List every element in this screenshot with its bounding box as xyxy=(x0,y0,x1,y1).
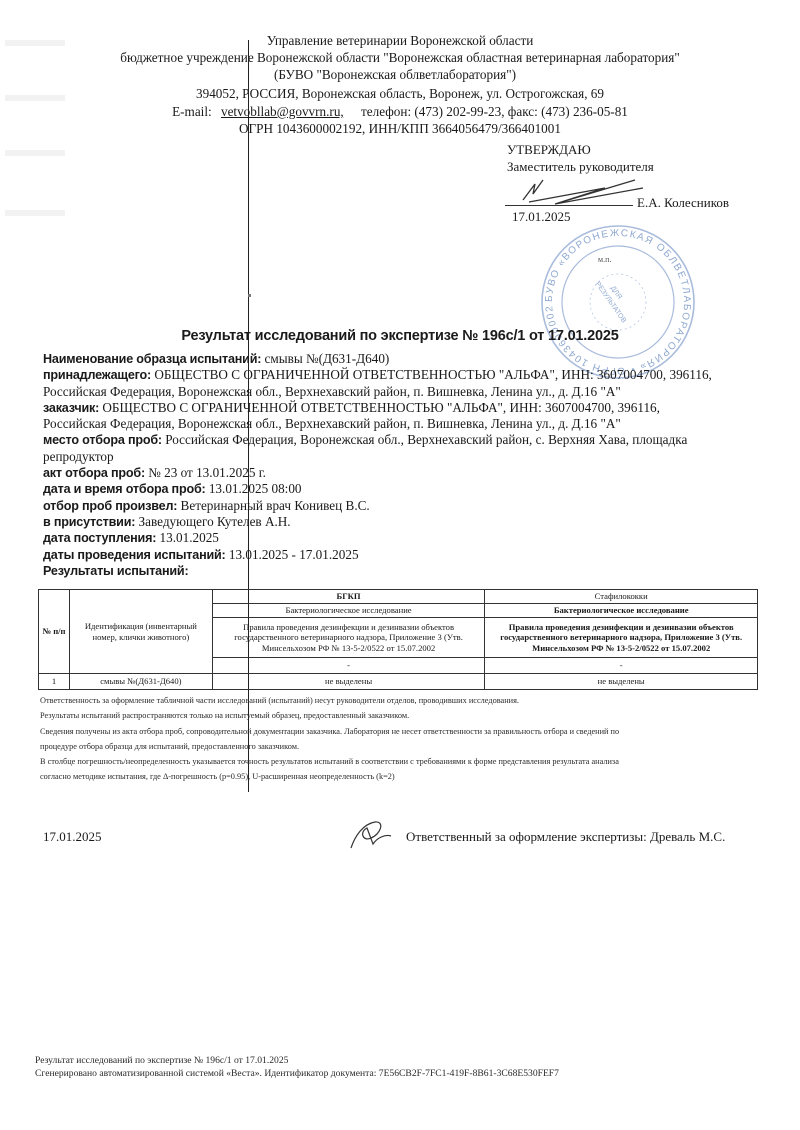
document-footer: Результат исследований по экспертизе № 1… xyxy=(35,1054,559,1080)
approval-position: Заместитель руководителя xyxy=(507,158,654,175)
field-customer-address: Российская Федерация, Воронежская обл., … xyxy=(43,416,773,432)
col-header-identification: Идентификация (инвентарный номер, клички… xyxy=(69,590,212,674)
responsible-signature-icon xyxy=(345,818,395,853)
results-heading: Результаты испытаний: xyxy=(43,563,773,579)
approver-name: Е.А. Колесников xyxy=(637,195,729,211)
normative-bgkp: Правила проведения дезинфекции и дезинва… xyxy=(212,618,485,658)
field-owner: принадлежащего: ОБЩЕСТВО С ОГРАНИЧЕННОЙ … xyxy=(43,367,773,383)
field-received-date: дата поступления: 13.01.2025 xyxy=(43,530,773,546)
method-staph: Бактериологическое исследование xyxy=(485,604,758,618)
note: В столбце погрешность/неопределенность у… xyxy=(40,754,765,769)
org-address: 394052, РОССИЯ, Воронежская область, Вор… xyxy=(0,86,800,103)
field-owner-address: Российская Федерация, Воронежская обл., … xyxy=(43,384,773,400)
results-table: № п/п Идентификация (инвентарный номер, … xyxy=(38,589,758,690)
group-header-staph: Стафилококки xyxy=(485,590,758,604)
note: Ответственность за оформление табличной … xyxy=(40,693,765,708)
unit-bgkp: - xyxy=(212,658,485,674)
note: Сведения получены из акта отбора проб, с… xyxy=(40,724,765,739)
email-label: E-mail: xyxy=(172,104,212,119)
org-name: бюджетное учреждение Воронежской области… xyxy=(0,50,800,67)
footer-date: 17.01.2025 xyxy=(43,829,102,845)
group-header-bgkp: БГКП xyxy=(212,590,485,604)
sample-details: Наименование образца испытаний: смывы №(… xyxy=(43,351,773,579)
field-test-dates: даты проведения испытаний: 13.01.2025 - … xyxy=(43,547,773,563)
scan-artifact xyxy=(5,150,65,156)
approval-block: УТВЕРЖДАЮ Заместитель руководителя xyxy=(507,141,654,175)
org-contacts: E-mail: vetvobllab@govvrn.ru, телефон: (… xyxy=(0,104,800,121)
row-result-staph: не выделены xyxy=(485,674,758,690)
field-sampling-place: место отбора проб: Российская Федерация,… xyxy=(43,432,773,448)
row-number: 1 xyxy=(39,674,70,690)
svg-text:м.п.: м.п. xyxy=(598,255,611,264)
org-parent: Управление ветеринарии Воронежской облас… xyxy=(0,33,800,50)
phones: телефон: (473) 202-99-23, факс: (473) 23… xyxy=(361,104,628,119)
note: Результаты испытаний распространяются то… xyxy=(40,708,765,723)
field-sampling-place-cont: репродуктор xyxy=(43,449,773,465)
note: согласно методике испытания, где Δ-погре… xyxy=(40,769,765,784)
note: процедуре отбора образца для испытаний, … xyxy=(40,739,765,754)
footer-doc-ref: Результат исследований по экспертизе № 1… xyxy=(35,1054,559,1067)
signature-line xyxy=(505,205,633,206)
scan-artifact xyxy=(5,210,65,216)
footer-doc-id: Сгенерировано автоматизированной системо… xyxy=(35,1067,559,1080)
field-sample-name: Наименование образца испытаний: смывы №(… xyxy=(43,351,773,367)
row-identification: смывы №(Д631-Д640) xyxy=(69,674,212,690)
notes: Ответственность за оформление табличной … xyxy=(40,693,765,785)
method-bgkp: Бактериологическое исследование xyxy=(212,604,485,618)
table-row: 1 смывы №(Д631-Д640) не выделены не выде… xyxy=(39,674,758,690)
responsible-person: Ответственный за оформление экспертизы: … xyxy=(406,829,725,845)
scan-dot xyxy=(248,294,251,297)
col-header-number: № п/п xyxy=(39,590,70,674)
field-sampling-act: акт отбора проб: № 23 от 13.01.2025 г. xyxy=(43,465,773,481)
field-sampling-datetime: дата и время отбора проб: 13.01.2025 08:… xyxy=(43,481,773,497)
row-result-bgkp: не выделены xyxy=(212,674,485,690)
org-short-name: (БУВО "Воронежская облветлаборатория") xyxy=(0,67,795,84)
normative-staph: Правила проведения дезинфекции и дезинва… xyxy=(485,618,758,658)
document-title: Результат исследований по экспертизе № 1… xyxy=(0,328,800,344)
email-link[interactable]: vetvobllab@govvrn.ru, xyxy=(221,104,344,119)
field-sampled-by: отбор проб произвел: Ветеринарный врач К… xyxy=(43,498,773,514)
field-customer: заказчик: ОБЩЕСТВО С ОГРАНИЧЕННОЙ ОТВЕТС… xyxy=(43,400,773,416)
field-in-presence: в присутствии: Заведующего Кутелев А.Н. xyxy=(43,514,773,530)
approval-title: УТВЕРЖДАЮ xyxy=(507,141,654,158)
unit-staph: - xyxy=(485,658,758,674)
org-registration: ОГРН 1043600002192, ИНН/КПП 3664056479/3… xyxy=(0,121,800,138)
